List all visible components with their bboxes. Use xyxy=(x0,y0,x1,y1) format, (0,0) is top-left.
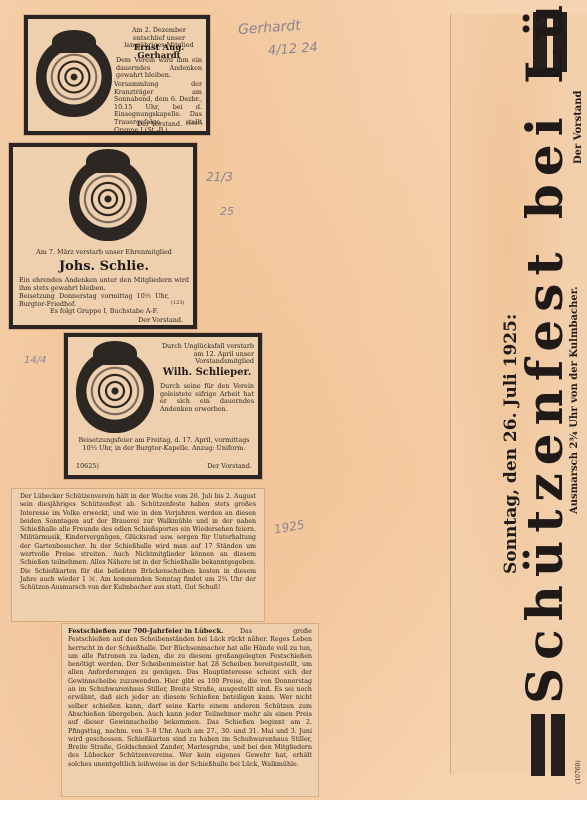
obituary-signature: Der Vorstand. xyxy=(116,121,182,129)
handwritten-note-date-2: 21/3 xyxy=(206,170,233,184)
article-text: Das große Festschießen auf den Scheibens… xyxy=(68,628,312,769)
clipping-schuetzenfest-advertisement: Sonntag, den 26. Juli 1925: Schützenfest… xyxy=(450,14,587,774)
shooting-club-emblem-icon xyxy=(76,349,154,433)
obituary-funeral: Beisetzungsfeier am Freitag, d. 17. Apri… xyxy=(74,437,254,452)
obituary-group: Es folgt Gruppe I, Buchstabe A-F. xyxy=(19,308,189,316)
obituary-ref: (123) xyxy=(171,300,191,308)
shooting-club-emblem-icon xyxy=(69,157,147,241)
handwritten-note-date-3: 25 xyxy=(220,205,234,218)
handwritten-note-date-4: 14/4 xyxy=(24,355,46,366)
clipping-schlie-obituary: Am 7. März verstarb unser Ehrenmitglied … xyxy=(9,143,197,329)
clipping-festschiessen-article: Festschießen zur 700-Jahrfeier in Lübeck… xyxy=(62,624,318,796)
decorative-rule xyxy=(531,714,545,776)
obituary-name: Wilh. Schlieper. xyxy=(160,367,254,379)
obituary-ref: (1087) xyxy=(186,121,206,129)
clipping-gerhardt-obituary: Am 2. Dezember entschlief unser langjähr… xyxy=(24,15,210,135)
obituary-signature: Der Vorstand. xyxy=(19,317,183,325)
clipping-schuetzenfest-notice: Der Lübecker Schützenverein hält in der … xyxy=(12,489,264,621)
obituary-body: Durch seine für den Verein geleistete ei… xyxy=(160,383,254,413)
scan-margin xyxy=(0,800,587,831)
obituary-intro: Durch Unglücksfall verstarb am 12. April… xyxy=(160,343,254,366)
decorative-rule xyxy=(551,714,565,776)
ad-subline: Ausmarsch 2¾ Uhr von der Kulmbacher. xyxy=(569,286,580,514)
ad-ref: (10760) xyxy=(575,760,582,784)
ad-signature: Der Vorstand xyxy=(573,90,584,164)
obituary-body: Ein ehrendes Andenken unter den Mitglied… xyxy=(19,277,189,292)
ad-headline: Schützenfest bei Lück xyxy=(515,0,574,704)
notice-text: Der Lübecker Schützenverein hält in der … xyxy=(20,493,256,593)
obituary-body: Dem Verein wird ihm ein dauerndes Andenk… xyxy=(116,57,202,80)
obituary-signature: Der Vorstand. xyxy=(168,463,252,471)
clipping-schlieper-obituary: Durch Unglücksfall verstarb am 12. April… xyxy=(64,333,262,479)
obituary-funeral: Beisetzung Donnerstag vormittag 10½ Uhr,… xyxy=(19,293,169,308)
obituary-intro: Am 7. März verstarb unser Ehrenmitglied xyxy=(19,249,189,257)
obituary-name: Johs. Schlie. xyxy=(19,259,189,274)
obituary-ref: 10625) xyxy=(76,463,116,471)
